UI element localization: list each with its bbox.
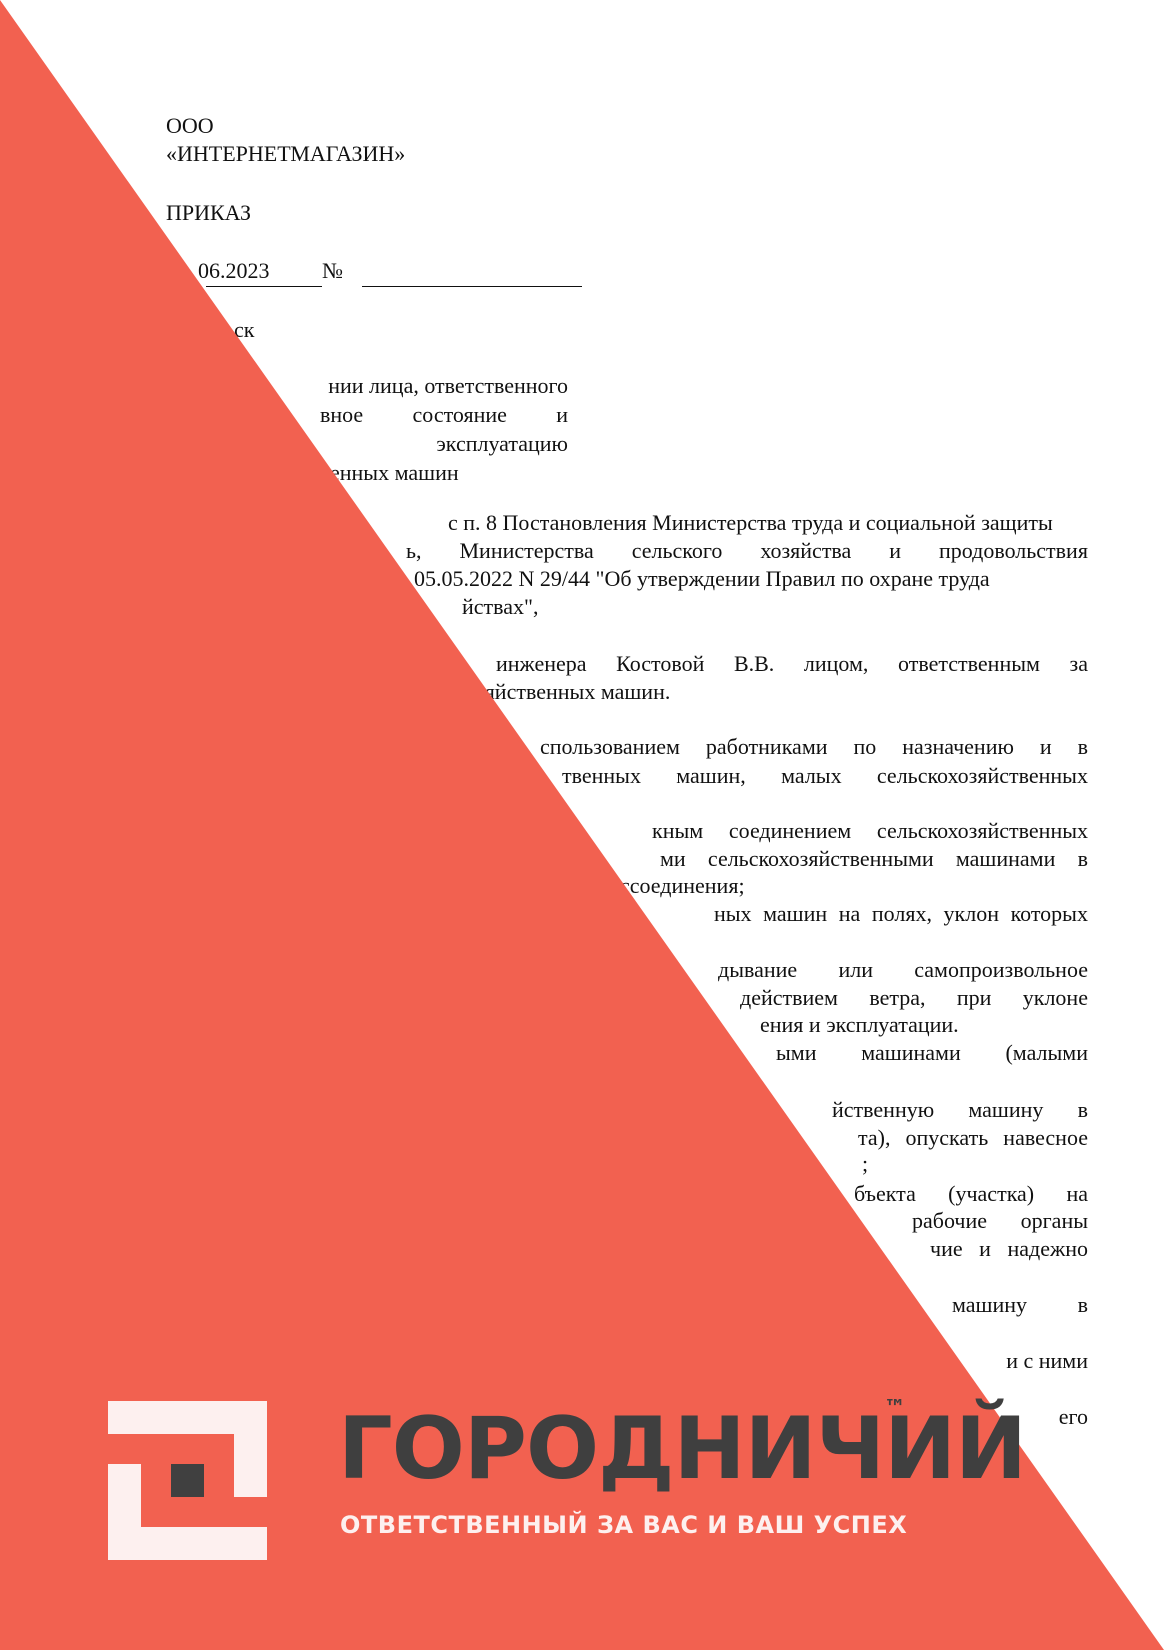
- subject-line: эксплуатацию: [436, 430, 568, 458]
- body-line: рабочиеорганы: [912, 1207, 1088, 1235]
- body-line: действиемветра,приуклоне: [740, 984, 1088, 1012]
- body-line: йствах",: [462, 593, 539, 621]
- body-line: инженераКостовойВ.В.лицом,ответственнымз…: [496, 650, 1088, 678]
- subject-line: енных машин: [330, 459, 459, 487]
- body-line: ныхмашиннаполях,уклонкоторых: [714, 900, 1088, 928]
- body-line: с п. 8 Постановления Министерства труда …: [448, 509, 1088, 537]
- body-line: кнымсоединениемсельскохозяйственных: [652, 817, 1088, 845]
- body-line: бъекта(участка)на: [854, 1180, 1088, 1208]
- body-line: и с ними: [1006, 1347, 1088, 1375]
- order-date: 06.2023: [198, 257, 270, 285]
- body-line: ;: [862, 1150, 868, 1178]
- body-line: 05.05.2022 N 29/44 "Об утверждении Прави…: [414, 565, 1088, 593]
- brand-tagline: ОТВЕТСТВЕННЫЙ ЗА ВАС И ВАШ УСПЕХ: [340, 1511, 907, 1539]
- body-line: ь,Министерствасельскогохозяйстваипродово…: [406, 537, 1088, 565]
- body-line: твенныхмашин,малыхсельскохозяйственных: [562, 762, 1088, 790]
- date-underline: [206, 286, 322, 287]
- number-label: №: [322, 257, 343, 285]
- body-line: ссоединения;: [620, 872, 745, 900]
- subject-line: вное состояние и: [320, 401, 568, 429]
- brand-logo-icon: [108, 1401, 267, 1560]
- org-name-line2: «ИНТЕРНЕТМАГАЗИН»: [166, 140, 405, 168]
- subject-line: нии лица, ответственного: [328, 372, 568, 400]
- body-line: чиеинадежно: [930, 1235, 1088, 1263]
- org-name-line1: ООО: [166, 112, 214, 140]
- trademark-symbol: ™: [884, 1396, 906, 1421]
- body-line: зяйственных машин.: [476, 678, 670, 706]
- body-line: спользованиемработникамипоназначениюив: [540, 733, 1088, 761]
- body-line: ения и эксплуатации.: [760, 1011, 959, 1039]
- body-line: дываниеилисамопроизвольное: [718, 956, 1088, 984]
- body-line: его: [1059, 1403, 1088, 1431]
- body-line: та),опускатьнавесное: [858, 1124, 1088, 1152]
- body-line: мисельскохозяйственнымимашинамив: [660, 845, 1088, 873]
- number-underline: [362, 286, 582, 287]
- body-line: машинув: [952, 1291, 1088, 1319]
- city-fragment: ск: [234, 316, 254, 344]
- brand-name: ГОРОДНИЧИЙ: [338, 1404, 1026, 1494]
- body-line: ымимашинами(малыми: [776, 1039, 1088, 1067]
- document-type: ПРИКАЗ: [166, 199, 251, 227]
- body-line: йственнуюмашинув: [832, 1096, 1088, 1124]
